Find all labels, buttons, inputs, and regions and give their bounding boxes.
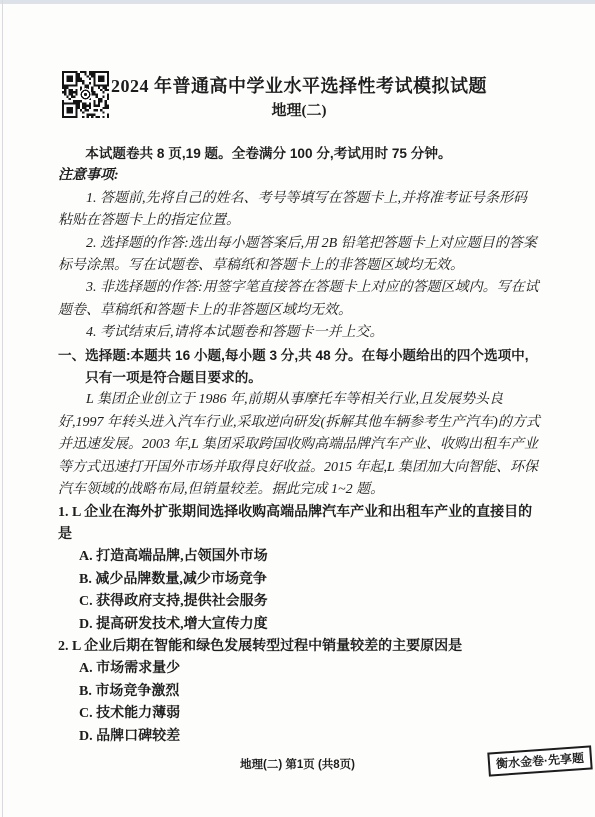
question-2-option-a: A. 市场需求量少 [79,658,540,680]
scan-edge-strip [0,0,595,4]
question-1-option-b: B. 减少品牌数量,减少市场竞争 [79,569,540,591]
question-2-option-c: C. 技术能力薄弱 [79,703,540,725]
question-1-stem: 1. L 企业在海外扩张期间选择收购高端品牌汽车产业和出租车产业的直接目的是 [58,502,540,547]
scan-edge-line [2,0,3,817]
paper-subtitle: 地理(二) [58,100,540,122]
notice-item-1: 1. 答题前,先将自己的姓名、考号等填写在答题卡上,并将准考证号条形码粘贴在答题… [58,188,540,233]
notice-item-2: 2. 选择题的作答:选出每小题答案后,用 2B 铅笔把答题卡上对应题目的答案标号… [58,233,540,278]
question-stimulus: L 集团企业创立于 1986 年,前期从事摩托车等相关行业,且发展势头良好,19… [58,389,540,501]
section-header: 一、选择题:本题共 16 小题,每小题 3 分,共 48 分。在每小题给出的四个… [58,345,540,390]
question-1-option-c: C. 获得政府支持,提供社会服务 [79,591,540,613]
question-2: 2. L 企业后期在智能和绿色发展转型过程中销量较差的主要原因是 A. 市场需求… [58,636,540,748]
question-2-option-b: B. 市场竞争激烈 [79,681,540,703]
question-2-stem: 2. L 企业后期在智能和绿色发展转型过程中销量较差的主要原因是 [58,636,540,658]
exam-paper-page: 2024 年普通高中学业水平选择性考试模拟试题 地理(二) 本试题卷共 8 页,… [0,0,595,817]
question-1-option-d: D. 提高研发技术,增大宣传力度 [79,614,540,636]
notice-label: 注意事项: [58,165,540,187]
paper-title: 2024 年普通高中学业水平选择性考试模拟试题 [58,74,540,98]
question-1-option-a: A. 打造高端品牌,占领国外市场 [79,546,540,568]
notice-item-4: 4. 考试结束后,请将本试题卷和答题卡一并上交。 [58,322,540,344]
notice-item-3: 3. 非选择题的作答:用签字笔直接答在答题卡上对应的答题区域内。写在试题卷、草稿… [58,277,540,322]
exam-info: 本试题卷共 8 页,19 题。全卷满分 100 分,考试用时 75 分钟。 [58,143,540,165]
question-2-option-d: D. 品牌口碑较差 [79,726,540,748]
question-1: 1. L 企业在海外扩张期间选择收购高端品牌汽车产业和出租车产业的直接目的是 A… [58,502,540,636]
paper-content: 2024 年普通高中学业水平选择性考试模拟试题 地理(二) 本试题卷共 8 页,… [58,74,540,748]
